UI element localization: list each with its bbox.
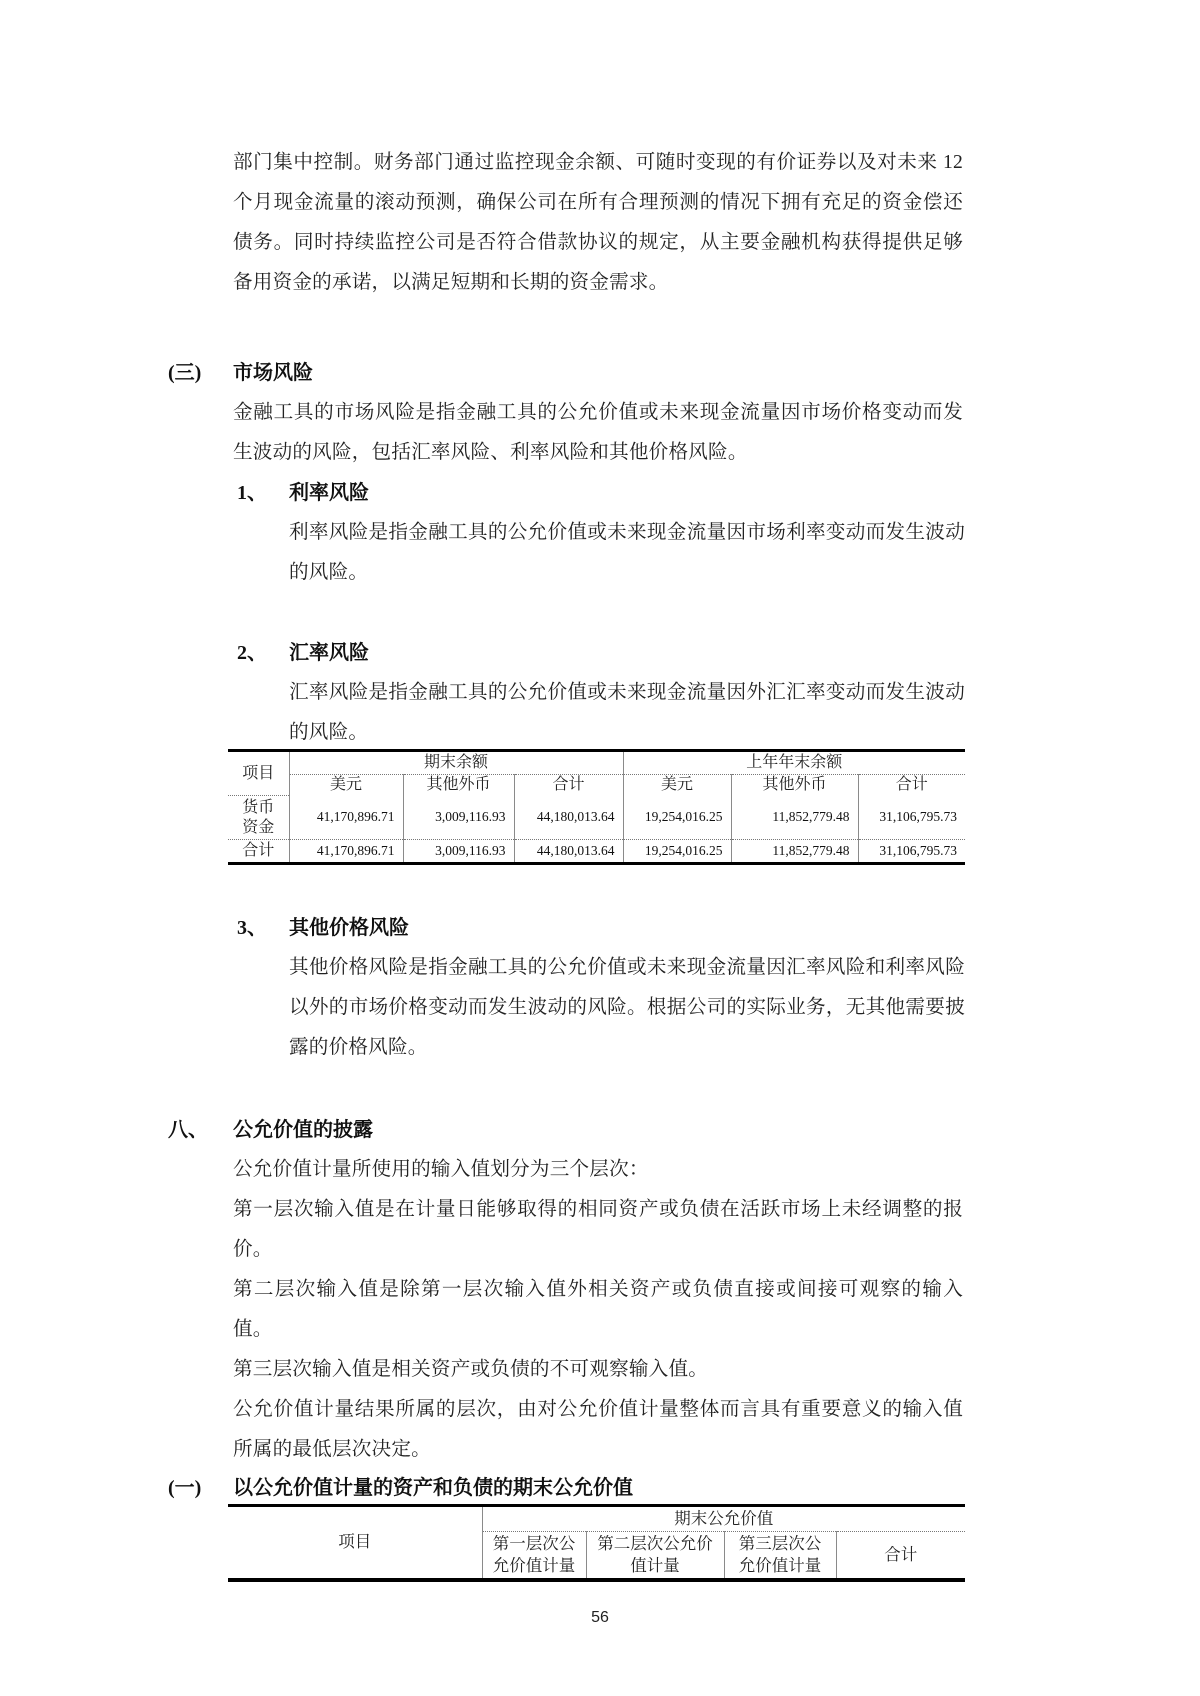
fair-value-paragraph-level2: 第二层次输入值是除第一层次输入值外相关资产或负债直接或间接可观察的输入值。: [233, 1270, 963, 1350]
fair-value-table-group-header: 期末公允价值: [482, 1506, 965, 1532]
market-risk-intro: 金融工具的市场风险是指金融工具的公允价值或未来现金流量因市场价格变动而发生波动的…: [233, 393, 963, 473]
section-fair-value-heading: 八、公允价值的披露: [168, 1110, 1200, 1150]
fair-value-table-group-row: 项目 期末公允价值: [228, 1506, 965, 1532]
currency-table-subheader-usd-2: 美元: [623, 775, 731, 796]
fair-value-paragraph-lowest-level: 公允价值计量结果所属的层次，由对公允价值计量整体而言具有重要意义的输入值所属的最…: [233, 1390, 963, 1470]
section-market-risk-heading: (三)市场风险: [168, 353, 1200, 393]
cell-total-total-1: 44,180,013.64: [514, 840, 623, 864]
fair-value-paragraph-level3: 第三层次输入值是相关资产或负债的不可观察输入值。: [233, 1350, 963, 1390]
fair-value-table-col-level2: 第二层次公允价值计量: [586, 1532, 724, 1580]
currency-table-subheader-other-1: 其他外币: [403, 775, 514, 796]
cell-monetary-total-1: 44,180,013.64: [514, 796, 623, 840]
item-interest-rate-risk-body: 利率风险是指金融工具的公允价值或未来现金流量因市场利率变动而发生波动的风险。: [289, 513, 965, 593]
fair-value-table-col-level3: 第三层次公允价值计量: [724, 1532, 836, 1580]
currency-risk-table: 项目 期末余额 上年年末余额 美元 其他外币 合计 美元 其他外币 合计 货币资…: [228, 749, 965, 865]
fair-value-table: 项目 期末公允价值 第一层次公允价值计量 第二层次公允价值计量 第三层次公允价值…: [228, 1504, 965, 1582]
currency-table-subheader-usd-1: 美元: [289, 775, 403, 796]
cell-total-other-1: 3,009,116.93: [403, 840, 514, 864]
cell-monetary-other-2: 11,852,779.48: [731, 796, 858, 840]
cell-monetary-other-1: 3,009,116.93: [403, 796, 514, 840]
item-exchange-rate-risk-body: 汇率风险是指金融工具的公允价值或未来现金流量因外汇汇率变动而发生波动的风险。: [289, 673, 965, 753]
fair-value-paragraph-levels: 公允价值计量所使用的输入值划分为三个层次：: [233, 1150, 963, 1190]
item-exchange-rate-risk-heading: 2、汇率风险: [237, 633, 1200, 673]
cell-total-usd-1: 41,170,896.71: [289, 840, 403, 864]
fair-value-paragraph-level1: 第一层次输入值是在计量日能够取得的相同资产或负债在活跃市场上未经调整的报价。: [233, 1190, 963, 1270]
currency-table-group-row: 项目 期末余额 上年年末余额: [228, 751, 965, 775]
subsection-fair-value-measured-title: 以公允价值计量的资产和负债的期末公允价值: [233, 1477, 633, 1499]
currency-table-group-ending-balance: 期末余额: [289, 751, 623, 775]
fair-value-table-item-header: 项目: [228, 1506, 482, 1580]
cell-total-total-2: 31,106,795.73: [858, 840, 965, 864]
row-label-total: 合计: [228, 840, 289, 864]
currency-table-subheader-row: 美元 其他外币 合计 美元 其他外币 合计: [228, 775, 965, 796]
item-other-price-risk-heading: 3、其他价格风险: [237, 908, 1200, 948]
item-exchange-rate-risk-marker: 2、: [237, 633, 289, 673]
currency-table-item-header: 项目: [228, 751, 289, 796]
subsection-fair-value-measured-heading: (一)以公允价值计量的资产和负债的期末公允价值: [168, 1470, 1200, 1506]
fair-value-table-col-total: 合计: [836, 1532, 965, 1580]
currency-table-group-prior-year-balance: 上年年末余额: [623, 751, 965, 775]
currency-table-row-monetary-funds: 货币资金 41,170,896.71 3,009,116.93 44,180,0…: [228, 796, 965, 840]
paragraph-liquidity-control: 部门集中控制。财务部门通过监控现金余额、可随时变现的有价证券以及对未来 12 个…: [233, 143, 963, 303]
section-fair-value-title: 公允价值的披露: [233, 1119, 373, 1141]
item-other-price-risk-body: 其他价格风险是指金融工具的公允价值或未来现金流量因汇率风险和利率风险以外的市场价…: [289, 948, 965, 1068]
item-interest-rate-risk-heading: 1、利率风险: [237, 473, 1200, 513]
currency-table-subheader-other-2: 其他外币: [731, 775, 858, 796]
item-interest-rate-risk-title: 利率风险: [289, 482, 369, 504]
item-exchange-rate-risk-title: 汇率风险: [289, 642, 369, 664]
currency-table-subheader-total-2: 合计: [858, 775, 965, 796]
row-label-monetary-funds: 货币资金: [228, 796, 289, 840]
section-market-risk-title: 市场风险: [233, 362, 313, 384]
cell-total-other-2: 11,852,779.48: [731, 840, 858, 864]
subsection-fair-value-measured-marker: (一): [168, 1470, 233, 1506]
section-fair-value-marker: 八、: [168, 1110, 233, 1150]
item-other-price-risk-marker: 3、: [237, 908, 289, 948]
cell-monetary-total-2: 31,106,795.73: [858, 796, 965, 840]
currency-table-row-total: 合计 41,170,896.71 3,009,116.93 44,180,013…: [228, 840, 965, 864]
cell-total-usd-2: 19,254,016.25: [623, 840, 731, 864]
document-page: 部门集中控制。财务部门通过监控现金余额、可随时变现的有价证券以及对未来 12 个…: [0, 0, 1200, 1696]
fair-value-table-col-level1: 第一层次公允价值计量: [482, 1532, 586, 1580]
currency-table-subheader-total-1: 合计: [514, 775, 623, 796]
item-other-price-risk-title: 其他价格风险: [289, 917, 409, 939]
cell-monetary-usd-2: 19,254,016.25: [623, 796, 731, 840]
cell-monetary-usd-1: 41,170,896.71: [289, 796, 403, 840]
page-number: 56: [0, 1606, 1200, 1630]
item-interest-rate-risk-marker: 1、: [237, 473, 289, 513]
section-market-risk-marker: (三): [168, 353, 233, 393]
